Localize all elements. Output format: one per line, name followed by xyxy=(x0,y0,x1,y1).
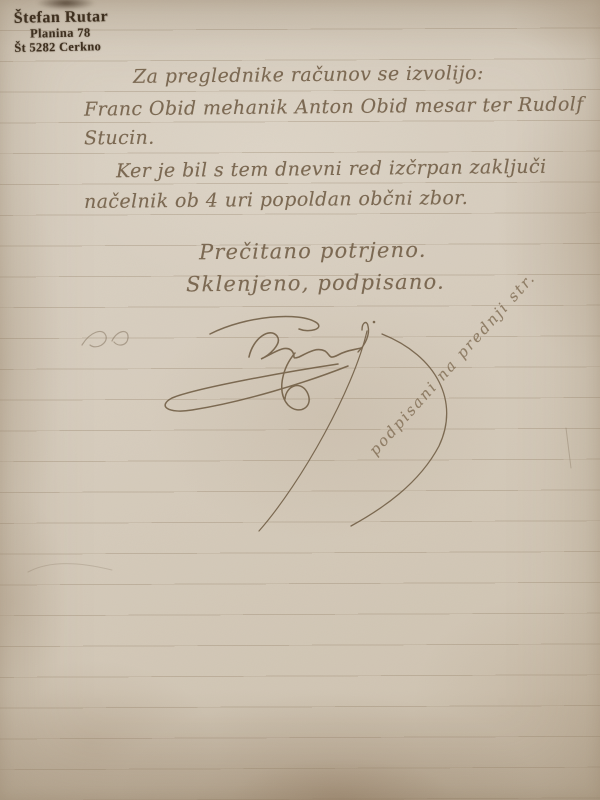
owner-stamp: Štefan Rutar Planina 78 Št 5282 Cerkno xyxy=(14,9,109,54)
document-page: Štefan Rutar Planina 78 Št 5282 Cerkno Z… xyxy=(0,0,600,800)
closing-line-2: Sklenjeno, podpisano. xyxy=(186,270,445,297)
handwritten-line-5: načelnik ob 4 uri popoldan občni zbor. xyxy=(84,187,468,213)
handwritten-line-1: Za preglednike računov se izvolijo: xyxy=(133,62,484,88)
handwritten-line-2: Franc Obid mehanik Anton Obid mesar ter … xyxy=(84,93,584,120)
stamp-address: Planina 78 xyxy=(30,26,109,40)
handwritten-line-3: Stucin. xyxy=(84,127,155,150)
stamp-town: Št 5282 Cerkno xyxy=(14,40,109,54)
pencil-scribble xyxy=(28,331,571,572)
closing-line-1: Prečitano potrjeno. xyxy=(199,238,427,264)
stamp-name: Štefan Rutar xyxy=(14,9,109,27)
handwritten-line-4: Ker je bil s tem dnevni red izčrpan zakl… xyxy=(116,156,547,183)
